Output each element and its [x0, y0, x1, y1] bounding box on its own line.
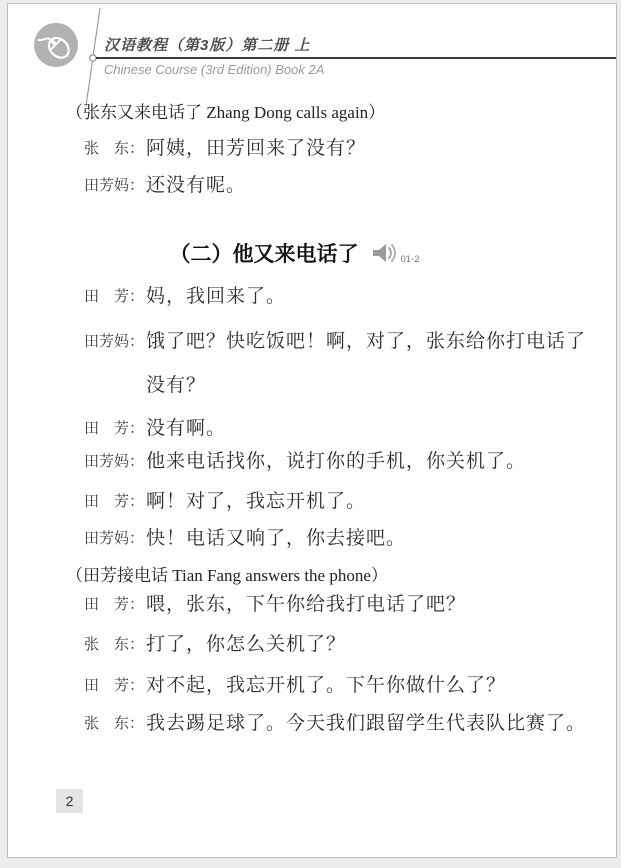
dialogue-text: 对不起，我忘开机了。下午你做什么了？ [146, 665, 592, 707]
stage-direction: （张东又来电话了 Zhang Dong calls again） [66, 101, 596, 125]
section-heading: （二）他又来电话了 01-2 [8, 238, 616, 268]
dialogue-text: 快！电话又响了，你去接吧。 [146, 518, 592, 560]
dialogue-text: 阿姨，田芳回来了没有？ [146, 128, 592, 170]
dialogue-line: 田 芳： 妈，我回来了。 [84, 276, 592, 318]
speaker-icon [372, 242, 398, 264]
book-page: 汉语教程（第3版）第二册 上 Chinese Course (3rd Editi… [7, 3, 617, 858]
speaker-label: 田 芳： [84, 584, 144, 626]
dialogue-line: 张 东： 打了，你怎么关机了？ [84, 624, 592, 666]
dialogue-line: 田芳妈： 还没有呢。 [84, 165, 592, 207]
speaker-label: 田芳妈： [84, 165, 144, 207]
speaker-label: 张 东： [84, 703, 144, 745]
mouse-icon [34, 23, 78, 67]
dialogue-line: 田 芳： 啊！对了，我忘开机了。 [84, 481, 592, 523]
speaker-label: 田芳妈： [84, 518, 144, 560]
dialogue-text: 妈，我回来了。 [146, 276, 592, 318]
dialogue-line: 田 芳： 喂，张东，下午你给我打电话了吧？ [84, 584, 592, 626]
speaker-label: 田 芳： [84, 481, 144, 523]
dialogue-line: 田芳妈： 快！电话又响了，你去接吧。 [84, 518, 592, 560]
dialogue-text: 打了，你怎么关机了？ [146, 624, 592, 666]
speaker-label: 张 东： [84, 128, 144, 170]
book-title-chinese: 汉语教程（第3版）第二册 上 [104, 34, 311, 55]
audio-track-label: 01-2 [400, 254, 419, 265]
speaker-label: 田 芳： [84, 276, 144, 318]
speaker-label: 田 芳： [84, 665, 144, 707]
dialogue-text: 他来电话找你，说打你的手机，你关机了。 [146, 441, 592, 483]
audio-indicator: 01-2 [372, 242, 419, 264]
speaker-label: 张 东： [84, 624, 144, 666]
dialogue-line: 田芳妈： 饿了吧？快吃饭吧！啊，对了，张东给你打电话了 没有？ [84, 320, 592, 408]
dialogue-line: 张 东： 我去踢足球了。今天我们跟留学生代表队比赛了。 [84, 703, 592, 745]
header-rule [96, 57, 616, 59]
dialogue-text: 啊！对了，我忘开机了。 [146, 481, 592, 523]
dialogue-line: 张 东： 阿姨，田芳回来了没有？ [84, 128, 592, 170]
page-number: 2 [56, 789, 83, 813]
dialogue-text: 还没有呢。 [146, 165, 592, 207]
dialogue-line: 田芳妈： 他来电话找你，说打你的手机，你关机了。 [84, 441, 592, 483]
dialogue-line: 田 芳： 对不起，我忘开机了。下午你做什么了？ [84, 665, 592, 707]
dialogue-text: 饿了吧？快吃饭吧！啊，对了，张东给你打电话了 没有？ [146, 320, 592, 408]
book-title-english: Chinese Course (3rd Edition) Book 2A [104, 62, 324, 77]
dialogue-text: 喂，张东，下午你给我打电话了吧？ [146, 584, 592, 626]
section-title: （二）他又来电话了 [169, 238, 358, 268]
dialogue-text: 我去踢足球了。今天我们跟留学生代表队比赛了。 [146, 703, 592, 745]
speaker-label: 田芳妈： [84, 441, 144, 483]
speaker-label: 田芳妈： [84, 320, 144, 364]
